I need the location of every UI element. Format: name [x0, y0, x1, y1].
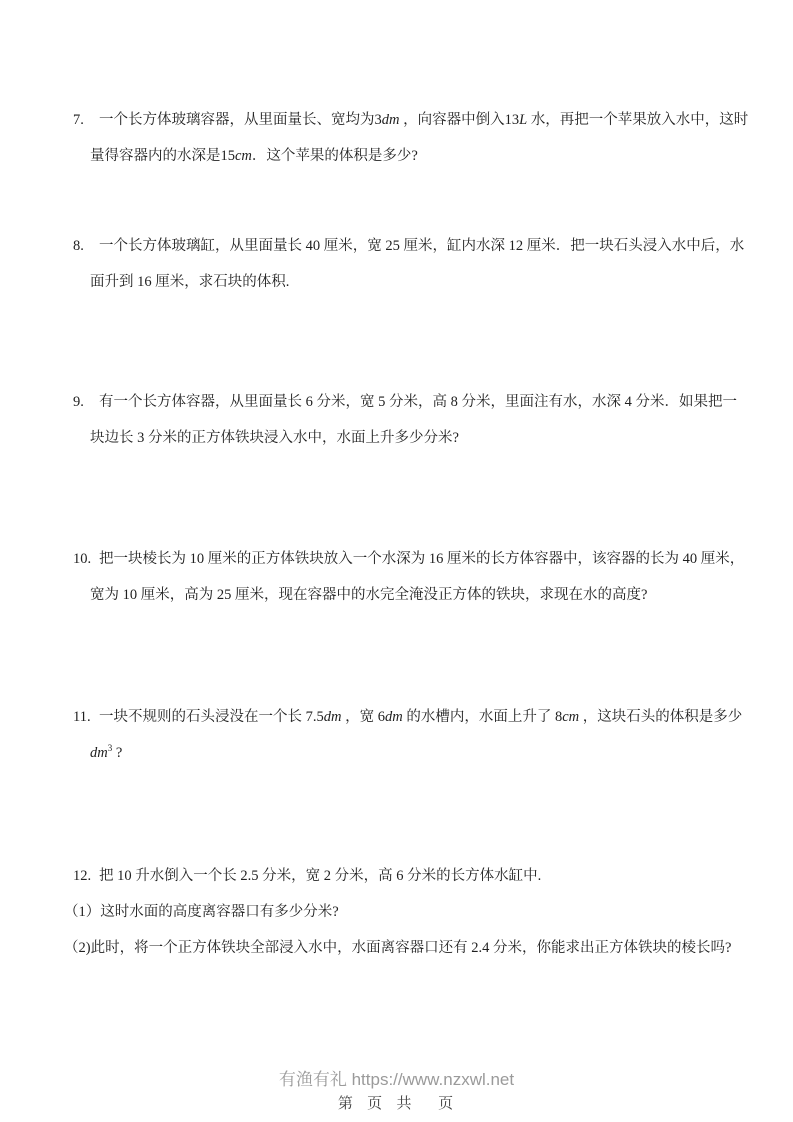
problem-line: 10.把一块棱长为 10 厘米的正方体铁块放入一个水深为 16 厘米的长方体容器…: [0, 541, 793, 577]
math-text: L: [519, 112, 527, 128]
problem-text: ，这块石头的体积是多少: [579, 709, 742, 725]
problem-text: 一个长方体玻璃容器，从里面量长、宽均为: [99, 112, 375, 128]
problem-line: 块边长 3 分米的正方体铁块浸入水中，水面上升多少分米?: [0, 420, 793, 456]
footer-page-indicator: 第 页 共 页: [0, 1095, 793, 1113]
problem-10: 10.把一块棱长为 10 厘米的正方体铁块放入一个水深为 16 厘米的长方体容器…: [0, 541, 793, 613]
problem-text: 3: [375, 112, 382, 128]
problem-text: 的水槽内，水面上升了: [403, 709, 555, 725]
worksheet-page: 7.一个长方体玻璃容器，从里面量长、宽均为3dm ，向容器中倒入13L 水，再把…: [0, 0, 793, 1122]
problem-list: 7.一个长方体玻璃容器，从里面量长、宽均为3dm ，向容器中倒入13L 水，再把…: [0, 0, 793, 966]
problem-7: 7.一个长方体玻璃容器，从里面量长、宽均为3dm ，向容器中倒入13L 水，再把…: [0, 102, 793, 174]
problem-number: 10.: [73, 541, 99, 577]
problem-line: （2)此时，将一个正方体铁块全部浸入水中，水面离容器口还有 2.4 分米，你能求…: [0, 930, 793, 966]
problem-line: 9.有一个长方体容器，从里面量长 6 分米，宽 5 分米，高 8 分米，里面注有…: [0, 384, 793, 420]
footer-site-text: 有渔有礼 https://www.nzxwl.net: [0, 1069, 793, 1091]
page-footer: 有渔有礼 https://www.nzxwl.net 第 页 共 页: [0, 1069, 793, 1113]
math-text: cm: [562, 709, 579, 725]
problem-text: （1）这时水面的高度离容器口有多少分米?: [64, 904, 339, 920]
math-text: cm: [235, 148, 252, 164]
problem-line: 面升到 16 厘米，求石块的体积.: [0, 264, 793, 300]
problem-text: 7.5: [306, 709, 324, 725]
math-text: dm: [385, 709, 403, 725]
problem-text: 宽为 10 厘米，高为 25 厘米，现在容器中的水完全淹没正方体的铁块，求现在水…: [90, 587, 647, 603]
problem-line: dm3 ?: [0, 735, 793, 771]
problem-number: 12.: [73, 858, 99, 894]
problem-line: 宽为 10 厘米，高为 25 厘米，现在容器中的水完全淹没正方体的铁块，求现在水…: [0, 577, 793, 613]
problem-number: 7.: [73, 102, 99, 138]
problem-text: 6: [378, 709, 385, 725]
problem-line: 量得容器内的水深是15cm．这个苹果的体积是多少?: [0, 138, 793, 174]
problem-text: （2)此时，将一个正方体铁块全部浸入水中，水面离容器口还有 2.4 分米，你能求…: [64, 940, 731, 956]
problem-text: ，宽: [341, 709, 377, 725]
problem-line: 11.一块不规则的石头浸没在一个长 7.5dm ，宽 6dm 的水槽内，水面上升…: [0, 699, 793, 735]
problem-text: 13: [505, 112, 520, 128]
math-text: dm: [324, 709, 342, 725]
problem-12: 12.把 10 升水倒入一个长 2.5 分米，宽 2 分米，高 6 分米的长方体…: [0, 858, 793, 966]
problem-number: 11.: [73, 699, 99, 735]
problem-8: 8.一个长方体玻璃缸，从里面量长 40 厘米，宽 25 厘米，缸内水深 12 厘…: [0, 228, 793, 300]
problem-text: 一个长方体玻璃缸，从里面量长 40 厘米，宽 25 厘米，缸内水深 12 厘米．…: [99, 238, 744, 254]
problem-text: 有一个长方体容器，从里面量长 6 分米，宽 5 分米，高 8 分米，里面注有水，…: [99, 394, 737, 410]
problem-text: 量得容器内的水深是: [90, 148, 221, 164]
problem-line: 8.一个长方体玻璃缸，从里面量长 40 厘米，宽 25 厘米，缸内水深 12 厘…: [0, 228, 793, 264]
problem-number: 8.: [73, 228, 99, 264]
problem-text: 15: [221, 148, 236, 164]
math-text: dm: [382, 112, 400, 128]
problem-number: 9.: [73, 384, 99, 420]
problem-line: 7.一个长方体玻璃容器，从里面量长、宽均为3dm ，向容器中倒入13L 水，再把…: [0, 102, 793, 138]
math-text: dm: [90, 745, 108, 761]
problem-9: 9.有一个长方体容器，从里面量长 6 分米，宽 5 分米，高 8 分米，里面注有…: [0, 384, 793, 456]
problem-text: 块边长 3 分米的正方体铁块浸入水中，水面上升多少分米?: [90, 430, 459, 446]
problem-line: 12.把 10 升水倒入一个长 2.5 分米，宽 2 分米，高 6 分米的长方体…: [0, 858, 793, 894]
problem-text: 水，再把一个苹果放入水中，这时: [527, 112, 748, 128]
problem-text: 把 10 升水倒入一个长 2.5 分米，宽 2 分米，高 6 分米的长方体水缸中…: [99, 868, 541, 884]
problem-text: ?: [112, 745, 122, 761]
problem-text: ，向容器中倒入: [399, 112, 504, 128]
problem-text: ．这个苹果的体积是多少?: [252, 148, 418, 164]
problem-11: 11.一块不规则的石头浸没在一个长 7.5dm ，宽 6dm 的水槽内，水面上升…: [0, 699, 793, 771]
problem-text: 一块不规则的石头浸没在一个长: [99, 709, 306, 725]
problem-line: （1）这时水面的高度离容器口有多少分米?: [0, 894, 793, 930]
problem-text: 把一块棱长为 10 厘米的正方体铁块放入一个水深为 16 厘米的长方体容器中，该…: [99, 551, 744, 567]
problem-text: 面升到 16 厘米，求石块的体积.: [90, 274, 289, 290]
